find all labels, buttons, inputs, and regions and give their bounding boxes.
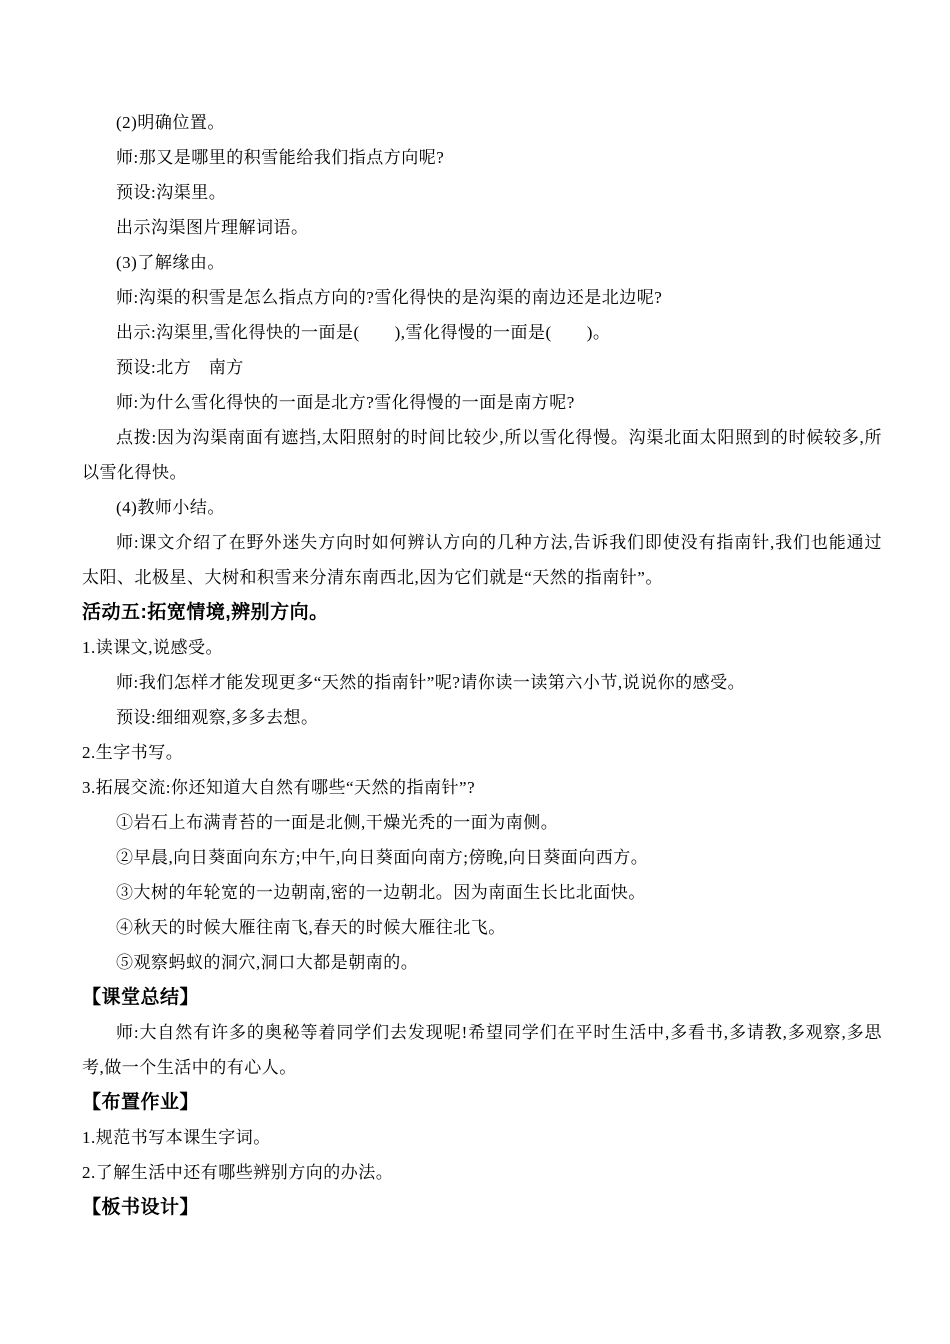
paragraph: (3)了解缘由。 [82, 245, 882, 280]
paragraph: 师:课文介绍了在野外迷失方向时如何辨认方向的几种方法,告诉我们即使没有指南针,我… [82, 525, 882, 595]
section-heading-homework: 【布置作业】 [82, 1085, 882, 1120]
paragraph: 师:我们怎样才能发现更多“天然的指南针”呢?请你读一读第六小节,说说你的感受。 [82, 665, 882, 700]
list-item: 2.了解生活中还有哪些辨别方向的办法。 [82, 1155, 882, 1190]
document-body: (2)明确位置。 师:那又是哪里的积雪能给我们指点方向呢? 预设:沟渠里。 出示… [82, 105, 882, 1225]
paragraph: 出示:沟渠里,雪化得快的一面是( ),雪化得慢的一面是( )。 [82, 315, 882, 350]
paragraph: 出示沟渠图片理解词语。 [82, 210, 882, 245]
paragraph: (4)教师小结。 [82, 490, 882, 525]
activity-heading: 活动五:拓宽情境,辨别方向。 [82, 595, 882, 630]
list-item: 1.读课文,说感受。 [82, 630, 882, 665]
paragraph: 师:那又是哪里的积雪能给我们指点方向呢? [82, 140, 882, 175]
list-item: 3.拓展交流:你还知道大自然有哪些“天然的指南针”? [82, 770, 882, 805]
numbered-circle-item: ④秋天的时候大雁往南飞,春天的时候大雁往北飞。 [82, 910, 882, 945]
paragraph: 师:为什么雪化得快的一面是北方?雪化得慢的一面是南方呢? [82, 385, 882, 420]
numbered-circle-item: ③大树的年轮宽的一边朝南,密的一边朝北。因为南面生长比北面快。 [82, 875, 882, 910]
list-item: 2.生字书写。 [82, 735, 882, 770]
paragraph: (2)明确位置。 [82, 105, 882, 140]
section-heading-board-design: 【板书设计】 [82, 1190, 882, 1225]
document-page: (2)明确位置。 师:那又是哪里的积雪能给我们指点方向呢? 预设:沟渠里。 出示… [0, 0, 950, 1344]
paragraph: 预设:细细观察,多多去想。 [82, 700, 882, 735]
numbered-circle-item: ⑤观察蚂蚁的洞穴,洞口大都是朝南的。 [82, 945, 882, 980]
numbered-circle-item: ①岩石上布满青苔的一面是北侧,干燥光秃的一面为南侧。 [82, 805, 882, 840]
list-item: 1.规范书写本课生字词。 [82, 1120, 882, 1155]
paragraph: 预设:沟渠里。 [82, 175, 882, 210]
paragraph: 点拨:因为沟渠南面有遮挡,太阳照射的时间比较少,所以雪化得慢。沟渠北面太阳照到的… [82, 420, 882, 490]
paragraph: 预设:北方 南方 [82, 350, 882, 385]
numbered-circle-item: ②早晨,向日葵面向东方;中午,向日葵面向南方;傍晚,向日葵面向西方。 [82, 840, 882, 875]
paragraph: 师:大自然有许多的奥秘等着同学们去发现呢!希望同学们在平时生活中,多看书,多请教… [82, 1015, 882, 1085]
paragraph: 师:沟渠的积雪是怎么指点方向的?雪化得快的是沟渠的南边还是北边呢? [82, 280, 882, 315]
section-heading-classroom-summary: 【课堂总结】 [82, 980, 882, 1015]
